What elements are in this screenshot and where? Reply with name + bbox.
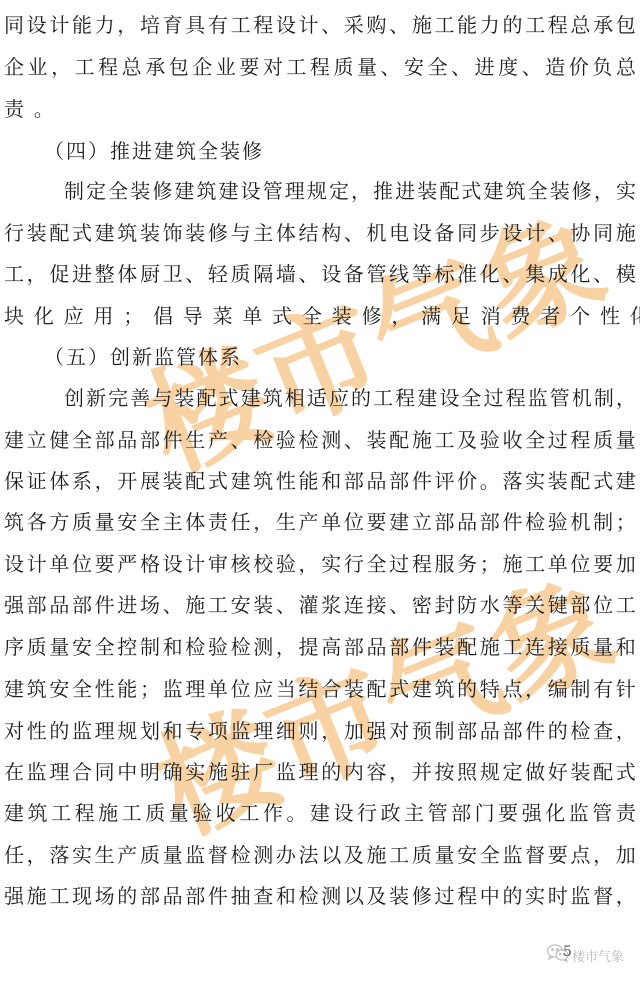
text-line: 企业，工程总承包企业要对工程质量、安全、进度、造价负总 (4, 52, 636, 82)
text-line: 保证体系，开展装配式建筑性能和部品部件评价。落实装配式建 (4, 466, 636, 496)
text-line: 行装配式建筑装饰装修与主体结构、机电设备同步设计、协同施 (4, 218, 636, 248)
page-number: 5 (563, 944, 572, 960)
text-line: 制定全装修建筑建设管理规定，推进装配式建筑全装修，实 (64, 176, 636, 206)
section-heading: （五）创新监管体系 (44, 342, 240, 372)
footer-brand-name: 楼市气象 (572, 946, 624, 965)
footer-brand: 楼市气象 (546, 943, 624, 967)
text-line: 工，促进整体厨卫、轻质隔墙、设备管线等标准化、集成化、模 (4, 259, 636, 289)
text-line: 建立健全部品部件生产、检验检测、装配施工及验收全过程质量 (4, 425, 636, 455)
text-line: 序质量安全控制和检验检测，提高部品部件装配施工连接质量和 (4, 632, 636, 662)
text-line: 筑各方质量安全主体责任，生产单位要建立部品部件检验机制； (4, 507, 636, 537)
text-line: 任，落实生产质量监督检测办法以及施工质量安全监督要点，加 (4, 840, 636, 870)
text-line: 建筑工程施工质量验收工作。建设行政主管部门要强化监管责 (4, 798, 636, 828)
text-line: 同设计能力，培育具有工程设计、采购、施工能力的工程总承包 (4, 10, 636, 40)
text-line: 建筑安全性能；监理单位应当结合装配式建筑的特点，编制有针 (4, 674, 636, 704)
section-heading: （四）推进建筑全装修 (44, 136, 262, 166)
text-line: 强施工现场的部品部件抽查和检测以及装修过程中的实时监督， (4, 881, 636, 911)
text-line: 对性的监理规划和专项监理细则，加强对预制部品部件的检查， (4, 716, 636, 746)
document-page: 同设计能力，培育具有工程设计、采购、施工能力的工程总承包企业，工程总承包企业要对… (0, 0, 640, 989)
text-line: 创新完善与装配式建筑相适应的工程建设全过程监管机制， (64, 383, 636, 413)
text-line: 设计单位要严格设计审核校验，实行全过程服务；施工单位要加 (4, 549, 636, 579)
text-line: 在监理合同中明确实施驻厂监理的内容，并按照规定做好装配式 (4, 757, 636, 787)
text-line: 强部品部件进场、施工安装、灌浆连接、密封防水等关键部位工 (4, 590, 636, 620)
text-line: 块化应用；倡导菜单式全装修，满足消费者个性化需求。 (4, 301, 636, 331)
text-line: 责。 (4, 94, 636, 124)
